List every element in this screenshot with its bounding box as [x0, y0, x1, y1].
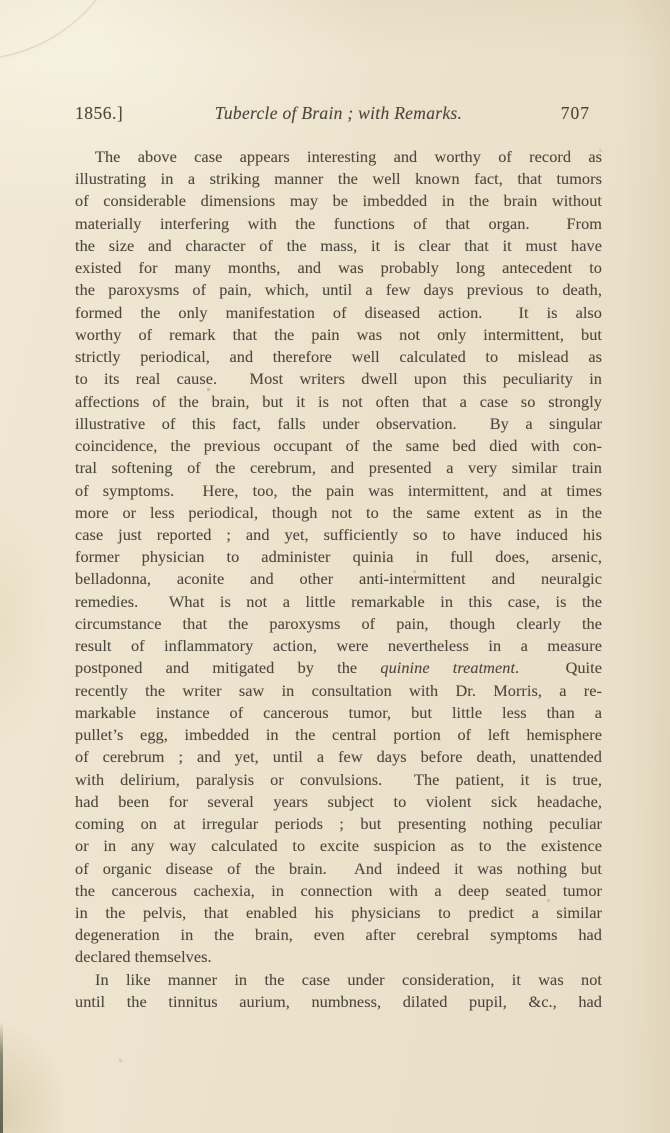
text-line: illustrative of this fact, falls under o… [75, 413, 602, 435]
text-line: coincidence, the previous occupant of th… [75, 435, 602, 457]
text-line: belladonna, aconite and other anti-inter… [75, 568, 602, 590]
text-line: had been for several years subject to vi… [75, 791, 602, 813]
text-line: affections of the brain, but it is not o… [75, 391, 602, 413]
text-line: of cerebrum ; and yet, until a few days … [75, 746, 602, 768]
running-header: 1856.] Tubercle of Brain ; with Remarks.… [75, 103, 602, 127]
text-line: or in any way calculated to excite suspi… [75, 835, 602, 857]
scanned-page: { "page": { "colors": { "paper": "#ece3c… [0, 0, 670, 1133]
text-line: In like manner in the case under conside… [75, 969, 602, 991]
text-line: The above case appears interesting and w… [75, 146, 602, 168]
text-line: the paroxysms of pain, which, until a fe… [75, 279, 602, 301]
text-line: worthy of remark that the pain was not o… [75, 324, 602, 346]
text-line: formed the only manifestation of disease… [75, 302, 602, 324]
text-line: circumstance that the paroxysms of pain,… [75, 613, 602, 635]
text-line: more or less periodical, though not to t… [75, 502, 602, 524]
text-line: until the tinnitus aurium, numbness, dil… [75, 991, 602, 1013]
text-line: former physician to administer quinia in… [75, 546, 602, 568]
text-line: degeneration in the brain, even after ce… [75, 924, 602, 946]
text-line: strictly periodical, and therefore well … [75, 346, 602, 368]
text-line: of considerable dimensions may be imbedd… [75, 190, 602, 212]
text-line: coming on at irregular periods ; but pre… [75, 813, 602, 835]
page-text: The above case appears interesting and w… [75, 146, 602, 1013]
paragraph: The above case appears interesting and w… [75, 146, 602, 969]
text-line: case just reported ; and yet, sufficient… [75, 524, 602, 546]
text-line: the size and character of the mass, it i… [75, 235, 602, 257]
binding-edge-shadow [0, 1022, 3, 1133]
text-line: existed for many months, and was probabl… [75, 257, 602, 279]
text-line: tral softening of the cerebrum, and pres… [75, 457, 602, 479]
text-line: in the pelvis, that enabled his physicia… [75, 902, 602, 924]
foxing-specks [0, 0, 1, 1]
text-line: to its real cause. Most writers dwell up… [75, 368, 602, 390]
text-line: recently the writer saw in consultation … [75, 680, 602, 702]
text-line: pullet’s egg, imbedded in the central po… [75, 724, 602, 746]
text-line: postponed and mitigated by the quinine t… [75, 657, 602, 679]
paragraph: In like manner in the case under conside… [75, 969, 602, 1013]
text-line: materially interfering with the function… [75, 213, 602, 235]
text-line: result of inflammatory action, were neve… [75, 635, 602, 657]
text-line: with delirium, paralysis or convulsions.… [75, 769, 602, 791]
text-line: markable instance of cancerous tumor, bu… [75, 702, 602, 724]
text-line: declared themselves. [75, 946, 602, 968]
text-line: the cancerous cachexia, in connection wi… [75, 880, 602, 902]
text-line: of symptoms. Here, too, the pain was int… [75, 480, 602, 502]
header-title: Tubercle of Brain ; with Remarks. [75, 103, 602, 124]
text-line: illustrating in a striking manner the we… [75, 168, 602, 190]
text-line: remedies. What is not a little remarkabl… [75, 591, 602, 613]
text-line: of organic disease of the brain. And ind… [75, 858, 602, 880]
header-page-number: 707 [561, 103, 590, 124]
